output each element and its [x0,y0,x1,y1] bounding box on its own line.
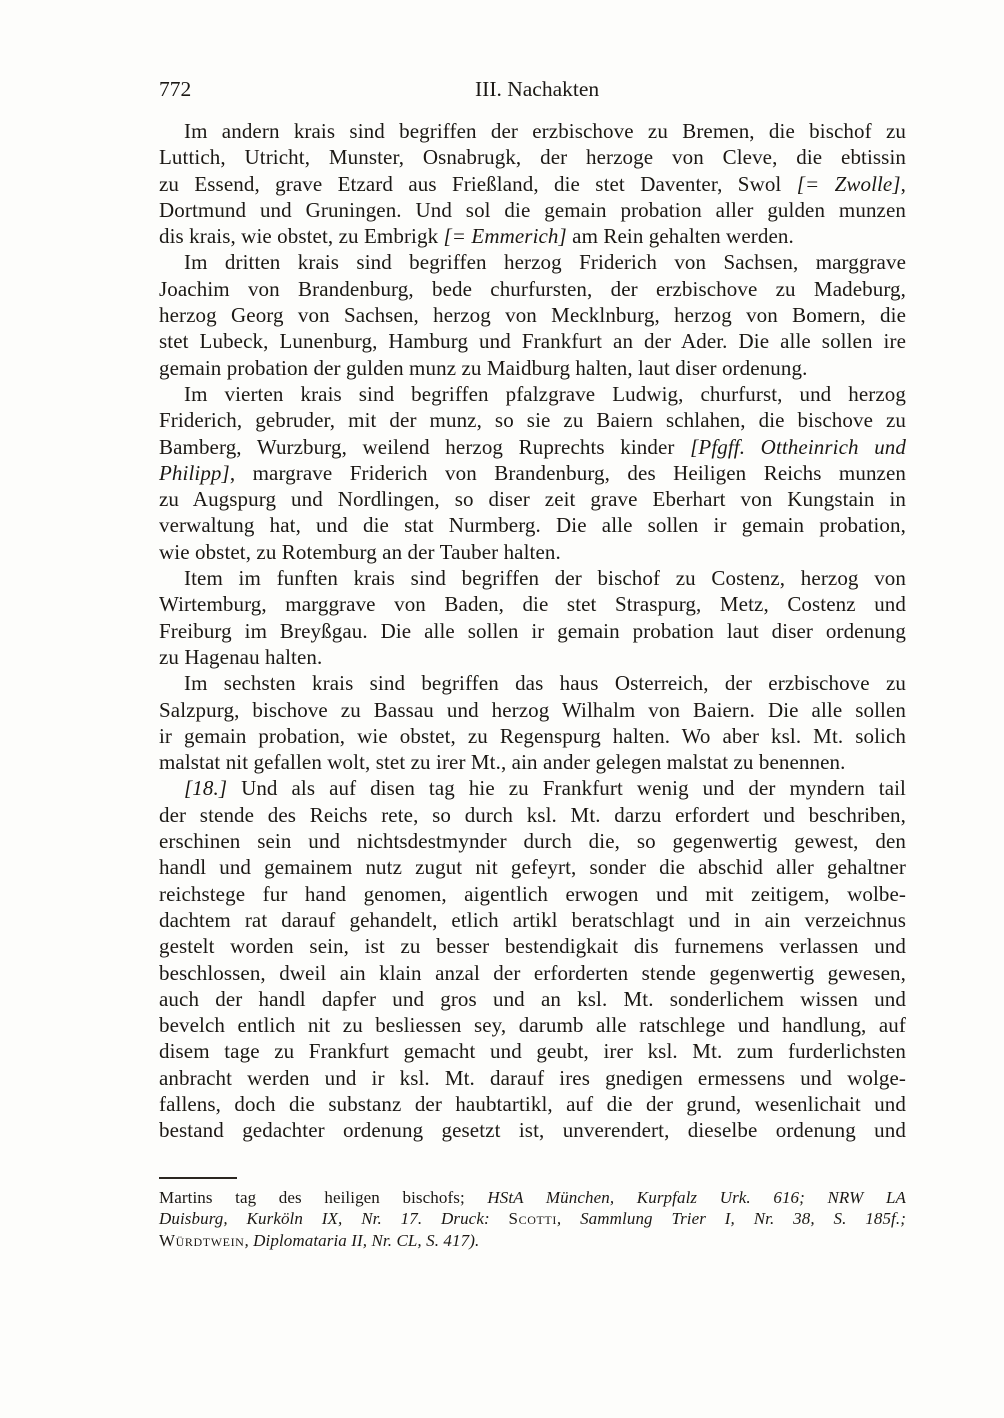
running-title: III. Nachakten [475,76,599,102]
text-line: herzog Georg von Sachsen, herzog von Mec… [159,302,906,328]
text-segment: bevelch entlich nit zu besliessen sey, d… [159,1013,906,1037]
text-line: erschinen sein und nichtsdestmynder durc… [159,828,906,854]
paragraph: Item im funften krais sind begriffen der… [159,565,906,670]
smallcaps-author-name: Würdtwein [159,1231,244,1250]
text-segment: gestelt worden sein, ist zu besser beste… [159,934,906,958]
text-segment: Bamberg, Wurzburg, weilend herzog Ruprec… [159,435,690,459]
text-line: gestelt worden sein, ist zu besser beste… [159,933,906,959]
text-line: verwaltung hat, und die stat Nurmberg. D… [159,512,906,538]
text-segment: bestand gedachter ordenung gesetzt ist, … [159,1118,906,1142]
text-segment: Salzpurg, bischove zu Bassau und herzog … [159,698,906,722]
text-line: bestand gedachter ordenung gesetzt ist, … [159,1117,906,1143]
text-segment: Freiburg im Breyßgau. Die alle sollen ir… [159,619,906,643]
paragraph: Im dritten krais sind begriffen herzog F… [159,249,906,380]
text-line: stet Lubeck, Lunenburg, Hamburg und Fran… [159,328,906,354]
text-segment: dachtem rat darauf gehandelt, etlich art… [159,908,906,932]
text-line: Luttich, Utricht, Munster, Osnabrugk, de… [159,144,906,170]
text-line: handl und gemainem nutz zugut nit gefeyr… [159,854,906,880]
text-line: Item im funften krais sind begriffen der… [159,565,906,591]
text-segment: Dortmund und Gruningen. Und sol die gema… [159,198,906,222]
text-line: Bamberg, Wurzburg, weilend herzog Ruprec… [159,434,906,460]
text-line: anbracht werden und ir ksl. Mt. darauf i… [159,1065,906,1091]
text-line: gemain probation der gulden munz zu Maid… [159,355,906,381]
italic-text: Philipp] [159,461,230,485]
text-line: malstat nit gefallen wolt, stet zu irer … [159,749,906,775]
text-line: Friderich, gebruder, mit der munz, so si… [159,407,906,433]
text-segment: Luttich, Utricht, Munster, Osnabrugk, de… [159,145,906,169]
footnote: Martins tag des heiligen bischofs; HStA … [159,1177,906,1252]
text-segment: stet Lubeck, Lunenburg, Hamburg und Fran… [159,329,906,353]
text-line: Im andern krais sind begriffen der erzbi… [159,118,906,144]
paragraph: Im andern krais sind begriffen der erzbi… [159,118,906,249]
text-segment: zu Augspurg und Nordlingen, so diser zei… [159,487,906,511]
text-line: Dortmund und Gruningen. Und sol die gema… [159,197,906,223]
italic-text: HStA München, Kurpfalz Urk. 616; NRW LA [465,1188,906,1207]
body-text: Im andern krais sind begriffen der erzbi… [159,118,906,1144]
text-segment: ir gemain probation, wie obstet, zu Rege… [159,724,906,748]
text-line: wie obstet, zu Rotemburg an der Tauber h… [159,539,906,565]
text-segment: verwaltung hat, und die stat Nurmberg. D… [159,513,906,537]
italic-text: [18.] [184,776,227,800]
paragraph: [18.] Und als auf disen tag hie zu Frank… [159,775,906,1143]
text-line: Salzpurg, bischove zu Bassau und herzog … [159,697,906,723]
text-segment: Martins tag des heiligen bischofs; [159,1188,465,1207]
text-segment: am Rein gehalten werden. [567,224,794,248]
text-line: ir gemain probation, wie obstet, zu Rege… [159,723,906,749]
text-segment: der stende des Reichs rete, so durch ksl… [159,803,906,827]
text-segment: , margrave Friderich von Brandenburg, de… [230,461,906,485]
text-line: Philipp], margrave Friderich von Branden… [159,460,906,486]
text-segment: Joachim von Brandenburg, bede churfurste… [159,277,906,301]
text-segment: zu Essend, grave Etzard aus Frießland, d… [159,172,797,196]
text-segment: Wirtemburg, marggrave von Baden, die ste… [159,592,906,616]
text-line: auch der handl dapfer und gros und an ks… [159,986,906,1012]
text-segment: Im sechsten krais sind begriffen das hau… [184,671,906,695]
text-line: Wirtemburg, marggrave von Baden, die ste… [159,591,906,617]
italic-text: Duisburg, Kurköln IX, Nr. 17. Druck: [159,1209,509,1228]
text-segment: anbracht werden und ir ksl. Mt. darauf i… [159,1066,906,1090]
text-segment: Im andern krais sind begriffen der erzbi… [184,119,906,143]
text-segment: fallens, doch die substanz der haubtarti… [159,1092,906,1116]
footnote-rule [159,1177,237,1179]
text-line: Im vierten krais sind begriffen pfalzgra… [159,381,906,407]
text-segment: handl und gemainem nutz zugut nit gefeyr… [159,855,906,879]
text-segment: herzog Georg von Sachsen, herzog von Mec… [159,303,906,327]
text-segment: zu Hagenau halten. [159,645,322,669]
footnote-text: Martins tag des heiligen bischofs; HStA … [159,1187,906,1252]
text-line: dis krais, wie obstet, zu Embrigk [= Emm… [159,223,906,249]
text-segment: , [901,172,906,196]
text-line: disem tage zu Frankfurt gemacht und geub… [159,1038,906,1064]
text-segment: wie obstet, zu Rotemburg an der Tauber h… [159,540,561,564]
text-line: Martins tag des heiligen bischofs; HStA … [159,1187,906,1209]
text-segment: reichstege fur hand genomen, aigentlich … [159,882,906,906]
text-line: [18.] Und als auf disen tag hie zu Frank… [159,775,906,801]
text-line: beschlossen, dweil ain klain anzal der e… [159,960,906,986]
text-line: Würdtwein, Diplomataria II, Nr. CL, S. 4… [159,1230,906,1252]
italic-text: [= Zwolle] [797,172,901,196]
italic-text: , Sammlung Trier I, Nr. 38, S. 185f.; [557,1209,906,1228]
text-segment: Item im funften krais sind begriffen der… [184,566,906,590]
text-segment: disem tage zu Frankfurt gemacht und geub… [159,1039,906,1063]
text-block: 772 III. Nachakten Im andern krais sind … [159,76,906,1252]
text-line: Joachim von Brandenburg, bede churfurste… [159,276,906,302]
running-head: 772 III. Nachakten [159,76,906,104]
smallcaps-author-name: Scotti [509,1209,557,1228]
text-line: Im sechsten krais sind begriffen das hau… [159,670,906,696]
text-line: bevelch entlich nit zu besliessen sey, d… [159,1012,906,1038]
page-number: 772 [159,76,191,102]
text-line: zu Essend, grave Etzard aus Frießland, d… [159,171,906,197]
book-page: 772 III. Nachakten Im andern krais sind … [0,0,1004,1418]
italic-text: , Diplomataria II, Nr. CL, S. 417). [244,1231,479,1250]
italic-text: [= Emmerich] [444,224,567,248]
text-line: der stende des Reichs rete, so durch ksl… [159,802,906,828]
text-segment: malstat nit gefallen wolt, stet zu irer … [159,750,845,774]
text-line: fallens, doch die substanz der haubtarti… [159,1091,906,1117]
text-line: zu Augspurg und Nordlingen, so diser zei… [159,486,906,512]
text-segment: dis krais, wie obstet, zu Embrigk [159,224,444,248]
text-segment: beschlossen, dweil ain klain anzal der e… [159,961,906,985]
paragraph: Im sechsten krais sind begriffen das hau… [159,670,906,775]
text-line: reichstege fur hand genomen, aigentlich … [159,881,906,907]
text-segment: Friderich, gebruder, mit der munz, so si… [159,408,906,432]
text-line: dachtem rat darauf gehandelt, etlich art… [159,907,906,933]
italic-text: [Pfgff. Ottheinrich und [690,435,906,459]
text-line: Im dritten krais sind begriffen herzog F… [159,249,906,275]
text-line: Freiburg im Breyßgau. Die alle sollen ir… [159,618,906,644]
text-line: Duisburg, Kurköln IX, Nr. 17. Druck: Sco… [159,1208,906,1230]
paragraph: Im vierten krais sind begriffen pfalzgra… [159,381,906,565]
text-segment: Und als auf disen tag hie zu Frankfurt w… [227,776,906,800]
text-line: zu Hagenau halten. [159,644,906,670]
text-segment: erschinen sein und nichtsdestmynder durc… [159,829,906,853]
text-segment: Im vierten krais sind begriffen pfalzgra… [184,382,906,406]
text-segment: gemain probation der gulden munz zu Maid… [159,356,807,380]
text-segment: auch der handl dapfer und gros und an ks… [159,987,906,1011]
text-segment: Im dritten krais sind begriffen herzog F… [184,250,906,274]
